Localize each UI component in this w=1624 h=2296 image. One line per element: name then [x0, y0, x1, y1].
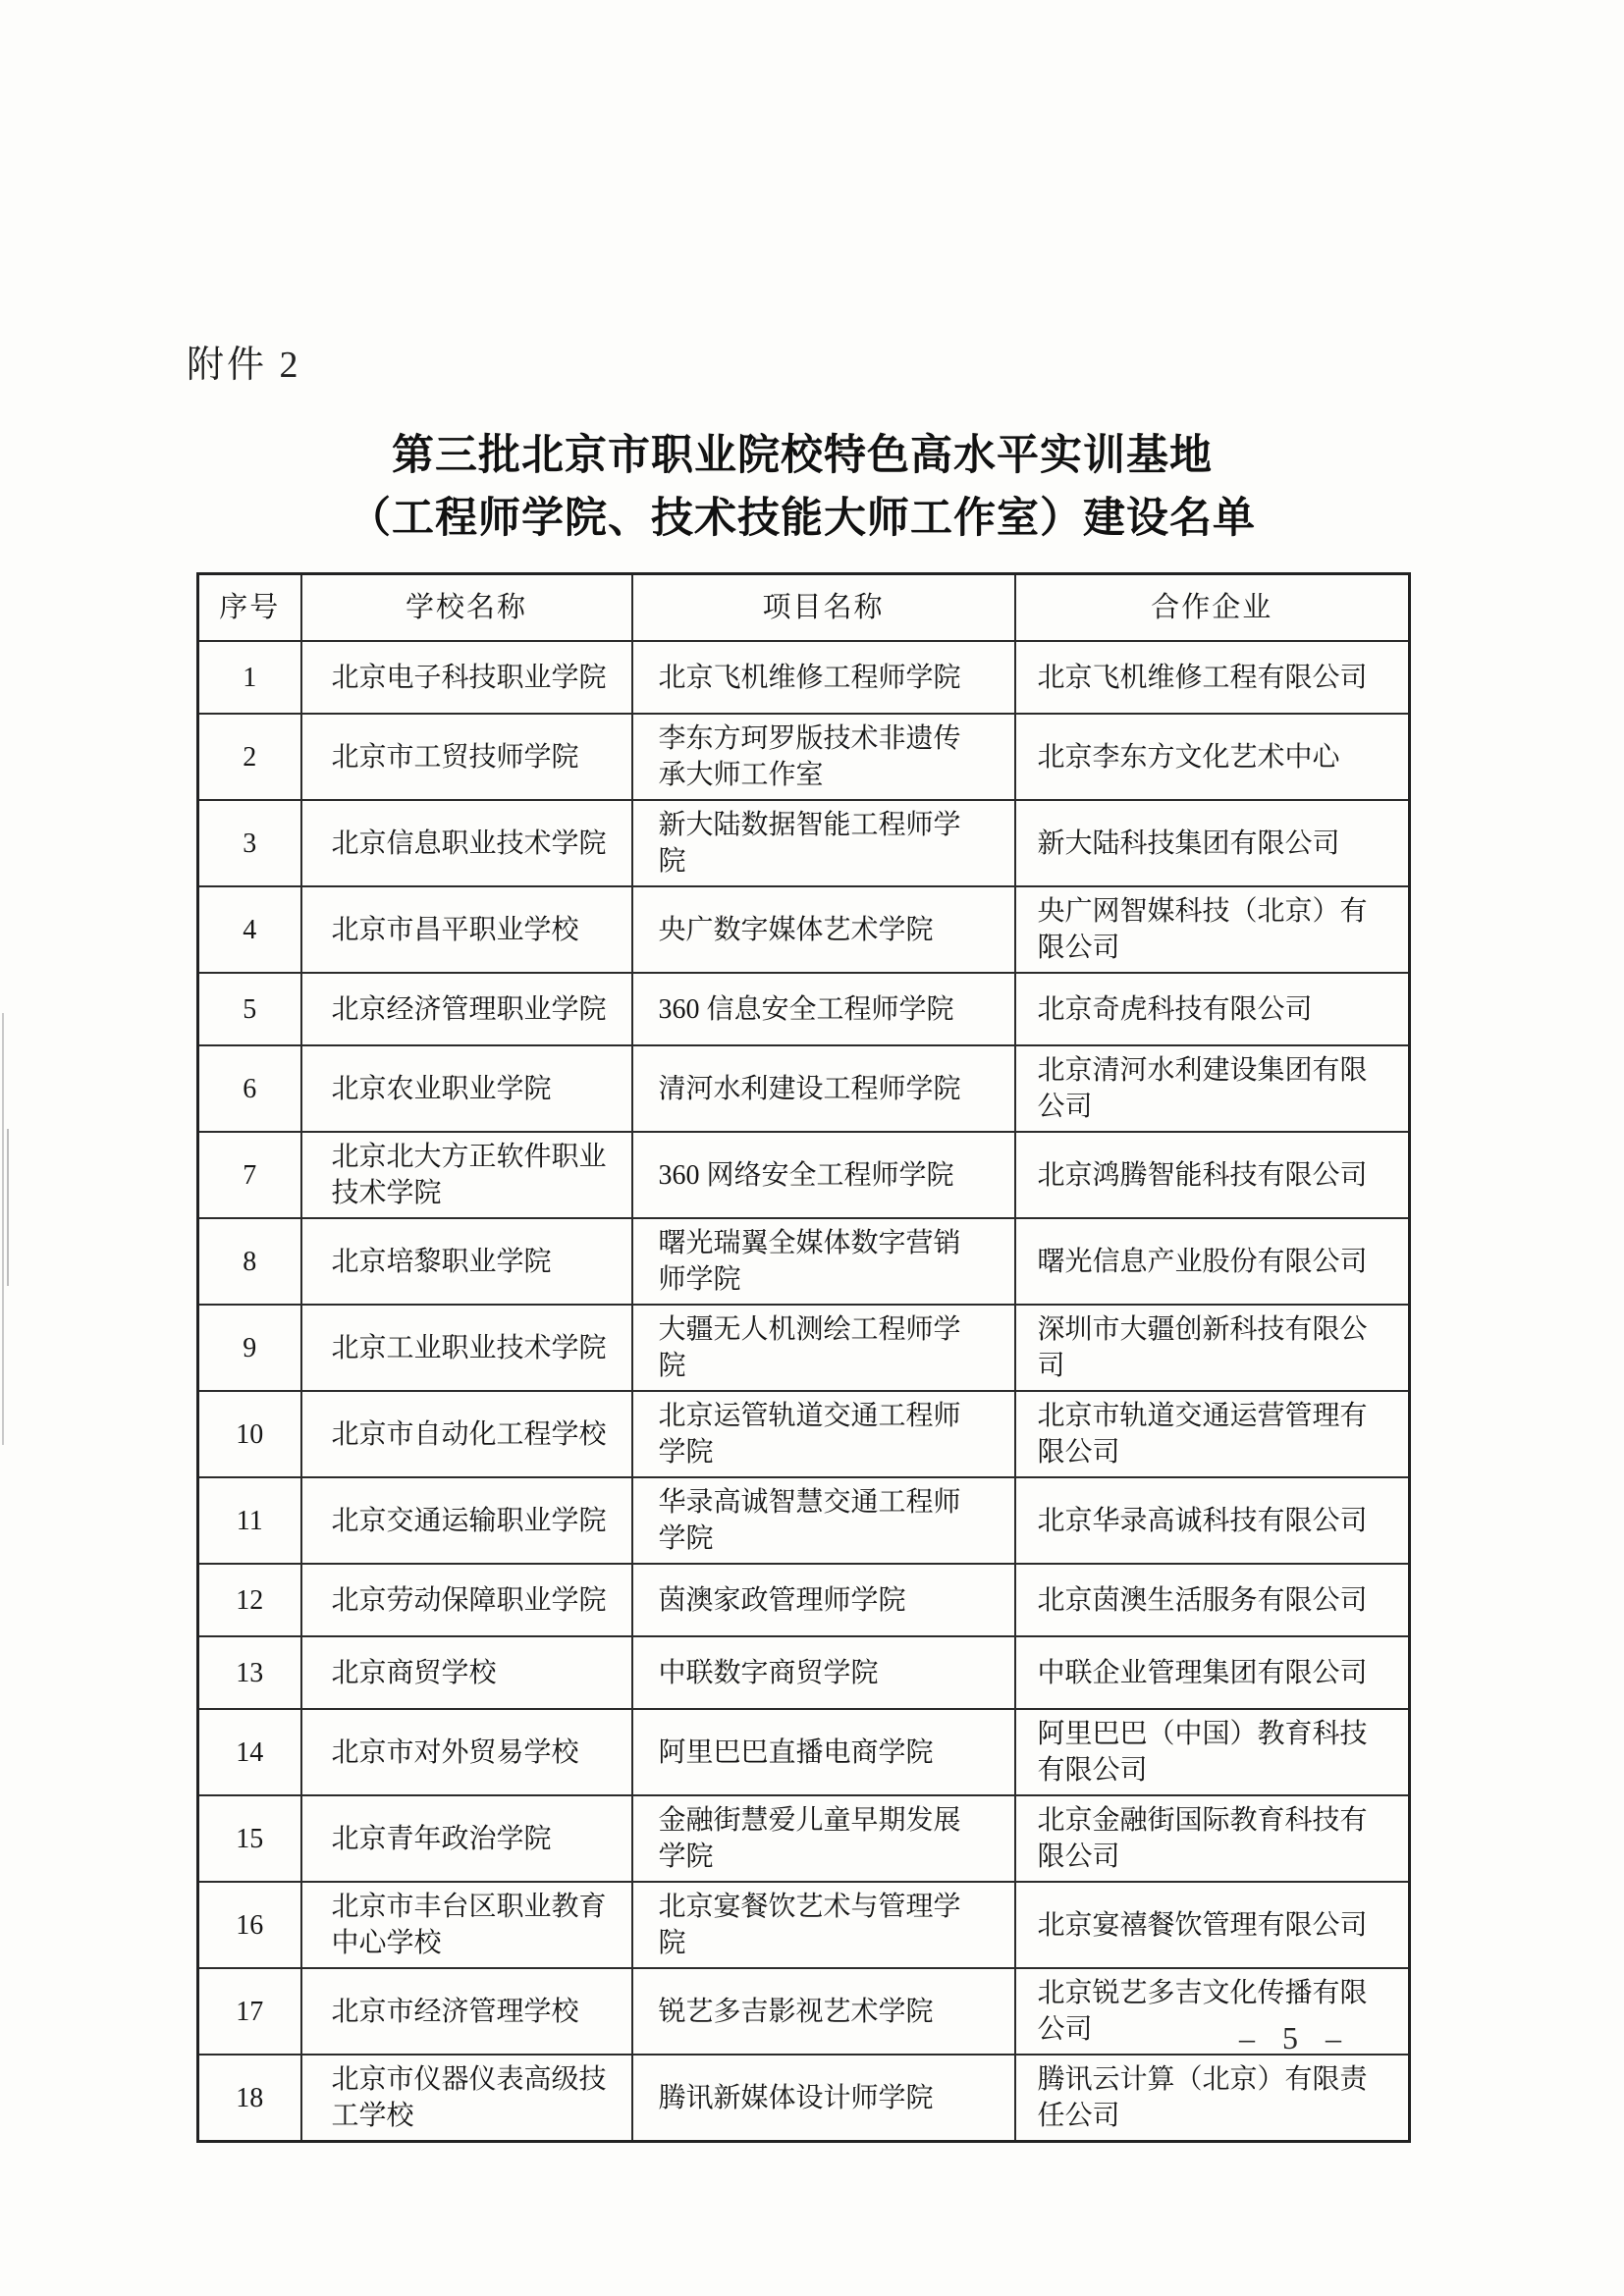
cell-project: 北京宴餐饮艺术与管理学院	[632, 1882, 1015, 1968]
cell-school: 北京北大方正软件职业技术学院	[301, 1132, 632, 1218]
cell-project: 曙光瑞翼全媒体数字营销师学院	[632, 1218, 1015, 1305]
cell-no: 3	[198, 800, 301, 886]
cell-no: 16	[198, 1882, 301, 1968]
cell-school: 北京交通运输职业学院	[301, 1477, 632, 1564]
cell-no: 11	[198, 1477, 301, 1564]
cell-project: 锐艺多吉影视艺术学院	[632, 1968, 1015, 2055]
cell-partner: 阿里巴巴（中国）教育科技有限公司	[1015, 1709, 1410, 1795]
cell-partner: 北京清河水利建设集团有限公司	[1015, 1045, 1410, 1132]
cell-school: 北京培黎职业学院	[301, 1218, 632, 1305]
cell-no: 12	[198, 1564, 301, 1636]
table-row: 4北京市昌平职业学校央广数字媒体艺术学院央广网智媒科技（北京）有限公司	[198, 886, 1410, 973]
cell-school: 北京信息职业技术学院	[301, 800, 632, 886]
cell-school: 北京市对外贸易学校	[301, 1709, 632, 1795]
cell-partner: 北京奇虎科技有限公司	[1015, 973, 1410, 1045]
table-row: 6北京农业职业学院清河水利建设工程师学院北京清河水利建设集团有限公司	[198, 1045, 1410, 1132]
table-row: 2北京市工贸技师学院李东方珂罗版技术非遗传承大师工作室北京李东方文化艺术中心	[198, 714, 1410, 800]
cell-school: 北京市昌平职业学校	[301, 886, 632, 973]
cell-school: 北京市仪器仪表高级技工学校	[301, 2055, 632, 2142]
cell-partner: 北京宴禧餐饮管理有限公司	[1015, 1882, 1410, 1968]
cell-partner: 腾讯云计算（北京）有限责任公司	[1015, 2055, 1410, 2142]
cell-partner: 深圳市大疆创新科技有限公司	[1015, 1305, 1410, 1391]
cell-school: 北京劳动保障职业学院	[301, 1564, 632, 1636]
cell-partner: 北京飞机维修工程有限公司	[1015, 641, 1410, 714]
cell-no: 6	[198, 1045, 301, 1132]
training-base-table: 序号 学校名称 项目名称 合作企业 1北京电子科技职业学院北京飞机维修工程师学院…	[196, 572, 1411, 2143]
table-row: 7北京北大方正软件职业技术学院360 网络安全工程师学院北京鸿腾智能科技有限公司	[198, 1132, 1410, 1218]
document-title-line1: 第三批北京市职业院校特色高水平实训基地	[196, 424, 1408, 487]
cell-school: 北京电子科技职业学院	[301, 641, 632, 714]
document-title: 第三批北京市职业院校特色高水平实训基地 （工程师学院、技术技能大师工作室）建设名…	[196, 424, 1408, 550]
cell-partner: 北京华录高诚科技有限公司	[1015, 1477, 1410, 1564]
cell-project: 李东方珂罗版技术非遗传承大师工作室	[632, 714, 1015, 800]
page-number: – 5 –	[1239, 2020, 1351, 2056]
attachment-label: 附件 2	[187, 334, 301, 388]
cell-partner: 北京茵澳生活服务有限公司	[1015, 1564, 1410, 1636]
scan-artifact-line	[2, 1013, 4, 1445]
table-row: 10北京市自动化工程学校北京运管轨道交通工程师学院北京市轨道交通运营管理有限公司	[198, 1391, 1410, 1477]
table-row: 12北京劳动保障职业学院茵澳家政管理师学院北京茵澳生活服务有限公司	[198, 1564, 1410, 1636]
cell-project: 北京运管轨道交通工程师学院	[632, 1391, 1015, 1477]
table-row: 16北京市丰台区职业教育中心学校北京宴餐饮艺术与管理学院北京宴禧餐饮管理有限公司	[198, 1882, 1410, 1968]
cell-no: 10	[198, 1391, 301, 1477]
table-row: 18北京市仪器仪表高级技工学校腾讯新媒体设计师学院腾讯云计算（北京）有限责任公司	[198, 2055, 1410, 2142]
header-project: 项目名称	[632, 574, 1015, 642]
table-row: 8北京培黎职业学院曙光瑞翼全媒体数字营销师学院曙光信息产业股份有限公司	[198, 1218, 1410, 1305]
table-row: 15北京青年政治学院金融街慧爱儿童早期发展学院北京金融街国际教育科技有限公司	[198, 1795, 1410, 1882]
cell-school: 北京市自动化工程学校	[301, 1391, 632, 1477]
scanned-document-page: 附件 2 第三批北京市职业院校特色高水平实训基地 （工程师学院、技术技能大师工作…	[0, 0, 1624, 2296]
scan-artifact-line	[7, 1129, 9, 1286]
cell-school: 北京市工贸技师学院	[301, 714, 632, 800]
cell-no: 2	[198, 714, 301, 800]
cell-project: 新大陆数据智能工程师学院	[632, 800, 1015, 886]
cell-project: 北京飞机维修工程师学院	[632, 641, 1015, 714]
cell-partner: 央广网智媒科技（北京）有限公司	[1015, 886, 1410, 973]
cell-partner: 新大陆科技集团有限公司	[1015, 800, 1410, 886]
header-partner: 合作企业	[1015, 574, 1410, 642]
cell-school: 北京市丰台区职业教育中心学校	[301, 1882, 632, 1968]
cell-project: 茵澳家政管理师学院	[632, 1564, 1015, 1636]
cell-no: 5	[198, 973, 301, 1045]
table-row: 11北京交通运输职业学院华录高诚智慧交通工程师学院北京华录高诚科技有限公司	[198, 1477, 1410, 1564]
cell-partner: 北京鸿腾智能科技有限公司	[1015, 1132, 1410, 1218]
cell-project: 华录高诚智慧交通工程师学院	[632, 1477, 1015, 1564]
cell-partner: 曙光信息产业股份有限公司	[1015, 1218, 1410, 1305]
cell-school: 北京商贸学校	[301, 1636, 632, 1709]
table-row: 1北京电子科技职业学院北京飞机维修工程师学院北京飞机维修工程有限公司	[198, 641, 1410, 714]
header-no: 序号	[198, 574, 301, 642]
cell-school: 北京青年政治学院	[301, 1795, 632, 1882]
table-row: 14北京市对外贸易学校阿里巴巴直播电商学院阿里巴巴（中国）教育科技有限公司	[198, 1709, 1410, 1795]
table-row: 13北京商贸学校中联数字商贸学院中联企业管理集团有限公司	[198, 1636, 1410, 1709]
cell-project: 腾讯新媒体设计师学院	[632, 2055, 1015, 2142]
cell-no: 17	[198, 1968, 301, 2055]
cell-project: 央广数字媒体艺术学院	[632, 886, 1015, 973]
cell-no: 4	[198, 886, 301, 973]
cell-no: 9	[198, 1305, 301, 1391]
cell-partner: 北京金融街国际教育科技有限公司	[1015, 1795, 1410, 1882]
cell-no: 15	[198, 1795, 301, 1882]
cell-no: 14	[198, 1709, 301, 1795]
cell-project: 金融街慧爱儿童早期发展学院	[632, 1795, 1015, 1882]
cell-school: 北京经济管理职业学院	[301, 973, 632, 1045]
table-row: 5北京经济管理职业学院360 信息安全工程师学院北京奇虎科技有限公司	[198, 973, 1410, 1045]
cell-project: 中联数字商贸学院	[632, 1636, 1015, 1709]
cell-school: 北京农业职业学院	[301, 1045, 632, 1132]
document-title-line2: （工程师学院、技术技能大师工作室）建设名单	[196, 487, 1408, 550]
cell-no: 8	[198, 1218, 301, 1305]
table-row: 9北京工业职业技术学院大疆无人机测绘工程师学院深圳市大疆创新科技有限公司	[198, 1305, 1410, 1391]
cell-school: 北京市经济管理学校	[301, 1968, 632, 2055]
cell-project: 360 信息安全工程师学院	[632, 973, 1015, 1045]
cell-project: 大疆无人机测绘工程师学院	[632, 1305, 1015, 1391]
cell-school: 北京工业职业技术学院	[301, 1305, 632, 1391]
cell-no: 1	[198, 641, 301, 714]
cell-project: 360 网络安全工程师学院	[632, 1132, 1015, 1218]
cell-no: 13	[198, 1636, 301, 1709]
cell-partner: 北京市轨道交通运营管理有限公司	[1015, 1391, 1410, 1477]
cell-no: 7	[198, 1132, 301, 1218]
table-header-row: 序号 学校名称 项目名称 合作企业	[198, 574, 1410, 642]
cell-partner: 中联企业管理集团有限公司	[1015, 1636, 1410, 1709]
table-row: 17北京市经济管理学校锐艺多吉影视艺术学院北京锐艺多吉文化传播有限公司	[198, 1968, 1410, 2055]
cell-project: 阿里巴巴直播电商学院	[632, 1709, 1015, 1795]
cell-partner: 北京李东方文化艺术中心	[1015, 714, 1410, 800]
table-row: 3北京信息职业技术学院新大陆数据智能工程师学院新大陆科技集团有限公司	[198, 800, 1410, 886]
header-school: 学校名称	[301, 574, 632, 642]
cell-project: 清河水利建设工程师学院	[632, 1045, 1015, 1132]
cell-no: 18	[198, 2055, 301, 2142]
